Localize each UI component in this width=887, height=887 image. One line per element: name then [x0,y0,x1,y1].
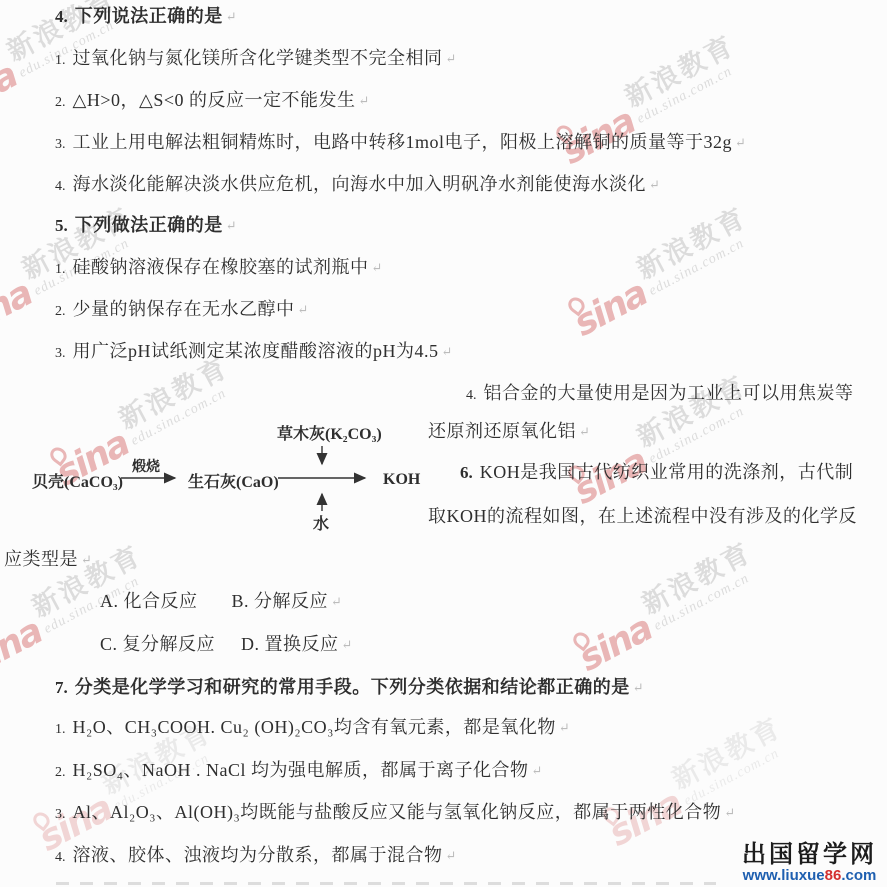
question-7-option-3: 3.Al、Al₂O₃、Al(OH)₃均既能与盐酸反应又能与氢氧化钠反应，都属于两… [55,801,736,826]
question-6-line-3: 应类型是↵ [4,548,92,571]
option-A: A. 化合反应 [100,591,198,611]
question-6-line-1: 6.KOH是我国古代纺织业常用的洗涤剂，古代制 [460,461,853,484]
paragraph-mark-icon: ↵ [649,177,660,192]
question-7-header: 7.分类是化学学习和研究的常用手段。下列分类依据和结论都正确的是↵ [55,676,644,699]
sina-flame-icon [570,629,593,651]
question-6-line-2: 取KOH的流程如图，在上述流程中没有涉及的化学反 [428,505,857,527]
question-number: 6. [460,463,473,482]
sina-logo-icon: sina [0,614,48,681]
site-url: www.liuxue86.com [742,867,877,884]
diagram-input-bottom-label: 水 [313,515,329,533]
question-number: 4. [55,7,68,26]
sina-flame-icon [30,809,53,831]
sina-logo-icon: sina [0,58,23,125]
sina-flame-icon [565,294,588,316]
paragraph-mark-icon: ↵ [226,9,237,24]
paragraph-mark-icon: ↵ [342,637,353,652]
sina-logo-icon: sina [574,611,658,678]
diagram-calcination-label: 煅烧 [131,458,160,475]
paragraph-mark-icon: ↵ [579,424,590,439]
sina-watermark: sina 新浪教育edu.sina.com.cn [566,524,793,678]
question-7-option-2: 2.H₂SO₄、NaOH . NaCl 均为强电解质，都属于离子化合物↵ [55,759,543,784]
question-6-options-ab: A. 化合反应B. 分解反应↵ [100,590,342,613]
paragraph-mark-icon: ↵ [372,260,383,275]
option-number: 3. [55,346,66,361]
question-6-options-cd: C. 复分解反应D. 置换反应↵ [100,633,353,656]
paragraph-mark-icon: ↵ [446,51,457,66]
paragraph-mark-icon: ↵ [724,805,735,820]
option-number: 1. [55,262,66,277]
option-D: D. 置换反应 [241,634,339,654]
option-number: 2. [55,765,66,780]
question-number: 7. [55,678,68,697]
option-number: 4. [55,179,66,194]
paragraph-mark-icon: ↵ [446,848,457,863]
option-number: 4. [466,388,477,403]
document-page: sina 新浪教育edu.sina.com.cn sina 新浪教育edu.si… [0,0,887,887]
question-5-option-2: 2.少量的钠保存在无水乙醇中↵ [55,298,309,323]
question-5-option-3: 3.用广泛pH试纸测定某浓度醋酸溶液的pH为4.5↵ [55,340,453,365]
option-number: 4. [55,850,66,865]
diagram-product-node: KOH [383,471,421,488]
paragraph-mark-icon: ↵ [226,218,237,233]
option-C: C. 复分解反应 [100,634,215,654]
question-4-option-2: 2.△H>0，△S<0 的反应一定不能发生↵ [55,89,370,114]
question-4-option-1: 1.过氧化钠与氮化镁所含化学键类型不完全相同↵ [55,47,457,72]
option-number: 2. [55,95,66,110]
paragraph-mark-icon: ↵ [359,93,370,108]
option-number: 1. [55,53,66,68]
sina-watermark: sina 新浪教育edu.sina.com.cn [561,189,788,343]
liuxue86-logo: 出国留学网 www.liuxue86.com [742,842,877,884]
question-7-option-1: 1.H₂O、CH₃COOH. Cu₂ (OH)₂CO₃均含有氧元素，都是氧化物↵ [55,716,570,741]
paragraph-mark-icon: ↵ [633,680,644,695]
paragraph-mark-icon: ↵ [331,594,342,609]
question-4-option-4: 4.海水淡化能解决淡水供应危机，向海水中加入明矾净水剂能使海水淡化↵ [55,173,660,198]
diagram-input-top-label: 草木灰(K₂CO₃) [277,424,382,443]
paragraph-mark-icon: ↵ [442,344,453,359]
question-5-header: 5.下列做法正确的是↵ [55,214,237,237]
clipped-text-line [56,882,716,885]
option-number: 3. [55,807,66,822]
question-5-option-4-line-1: 4.铝合金的大量使用是因为工业上可以用焦炭等 [466,382,854,407]
option-number: 1. [55,722,66,737]
site-name: 出国留学网 [742,842,877,867]
option-number: 2. [55,304,66,319]
sina-logo-icon: sina [0,276,38,343]
sina-logo-icon: sina [569,276,653,343]
paragraph-mark-icon: ↵ [298,302,309,317]
paragraph-mark-icon: ↵ [81,552,92,567]
question-7-option-4: 4.溶液、胶体、浊液均为分散系，都属于混合物↵ [55,844,457,869]
sina-watermark: sina 新浪教育edu.sina.com.cn [596,699,823,853]
diagram-shell-node: 贝壳(CaCO₃) [32,473,123,491]
question-4-header: 4.下列说法正确的是↵ [55,5,237,28]
question-5-option-1: 1.硅酸钠溶液保存在橡胶塞的试剂瓶中↵ [55,256,383,281]
question-number: 5. [55,216,68,235]
question-4-option-3: 3.工业上用电解法粗铜精炼时，电路中转移1mol电子，阳极上溶解铜的质量等于32… [55,131,746,156]
paragraph-mark-icon: ↵ [735,135,746,150]
option-B: B. 分解反应 [232,591,329,611]
paragraph-mark-icon: ↵ [559,720,570,735]
question-5-option-4-line-2: 还原剂还原氧化铝↵ [428,420,590,443]
sina-watermark: sina 新浪教育edu.sina.com.cn [561,357,788,511]
option-number: 3. [55,137,66,152]
diagram-lime-node: 生石灰(CaO) [188,472,279,491]
koh-process-flow-diagram: 草木灰(K₂CO₃) 贝壳(CaCO₃) 煅烧 生石灰(CaO) KOH 水 [25,415,435,533]
paragraph-mark-icon: ↵ [532,763,543,778]
